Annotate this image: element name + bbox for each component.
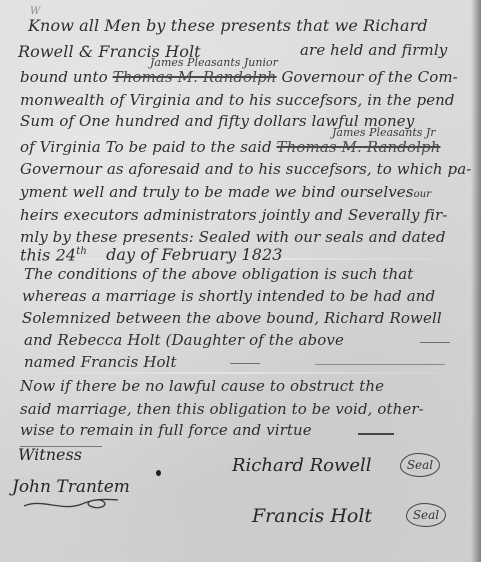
- bond-date-line: this 24th day of February 1823: [20, 243, 283, 264]
- bond-line: bound unto Thomas M. Randolph Governour …: [20, 68, 458, 86]
- witness-underline: [20, 446, 102, 447]
- line-text: of Virginia To be paid to the said: [20, 138, 272, 156]
- bond-line: Governour as aforesaid and to his succef…: [20, 160, 471, 178]
- seal-mark: Seal: [400, 453, 440, 477]
- line-text: day of February 1823: [106, 245, 282, 264]
- line-filler-dash: [420, 342, 450, 343]
- bond-line: wise to remain in full force and virtue: [20, 421, 312, 439]
- bond-line: are held and firmly: [300, 41, 447, 59]
- line-text: yment well and truly to be made we bind …: [20, 183, 414, 201]
- bond-line: and Rebecca Holt (Daughter of the above: [24, 331, 344, 349]
- ordinal-suffix: th: [76, 246, 87, 257]
- bond-line: Now if there be no lawful cause to obstr…: [20, 377, 384, 395]
- line-text: bound unto: [20, 68, 108, 86]
- signature-richard-rowell: Richard Rowell: [232, 455, 372, 476]
- witness-label: Witness: [18, 445, 82, 464]
- line-text: our: [414, 189, 432, 200]
- signature-flourish: [22, 494, 122, 514]
- page-edge-shadow: [471, 0, 481, 562]
- bond-line: whereas a marriage is shortly intended t…: [22, 287, 435, 305]
- line-filler-dash: [315, 364, 445, 365]
- seal-mark: Seal: [406, 503, 446, 527]
- bond-line: named Francis Holt: [24, 353, 177, 371]
- bond-line: of Virginia To be paid to the said Thoma…: [20, 138, 441, 156]
- ink-blot: [156, 470, 161, 476]
- line-filler-dash: [358, 433, 394, 435]
- struck-name: Thomas M. Randolph: [277, 138, 441, 156]
- line-text: this 24: [20, 245, 76, 264]
- document-scan: W Know all Men by these presents that we…: [0, 0, 481, 562]
- bond-line: yment well and truly to be made we bind …: [20, 183, 431, 204]
- bond-line: monwealth of Virginia and to his succefs…: [20, 91, 455, 109]
- fold-crease: [0, 372, 481, 374]
- bond-line: Know all Men by these presents that we R…: [28, 17, 428, 35]
- struck-name: Thomas M. Randolph: [113, 68, 277, 86]
- signature-francis-holt: Francis Holt: [252, 505, 372, 527]
- line-text: Governour of the Com-: [281, 68, 457, 86]
- bond-line: said marriage, then this obligation to b…: [20, 400, 424, 418]
- bond-line: The conditions of the above obligation i…: [24, 265, 413, 283]
- bond-line: Solemnized between the above bound, Rich…: [22, 309, 442, 327]
- line-filler-dash: [230, 363, 260, 364]
- bond-line: heirs executors administrators jointly a…: [20, 206, 447, 224]
